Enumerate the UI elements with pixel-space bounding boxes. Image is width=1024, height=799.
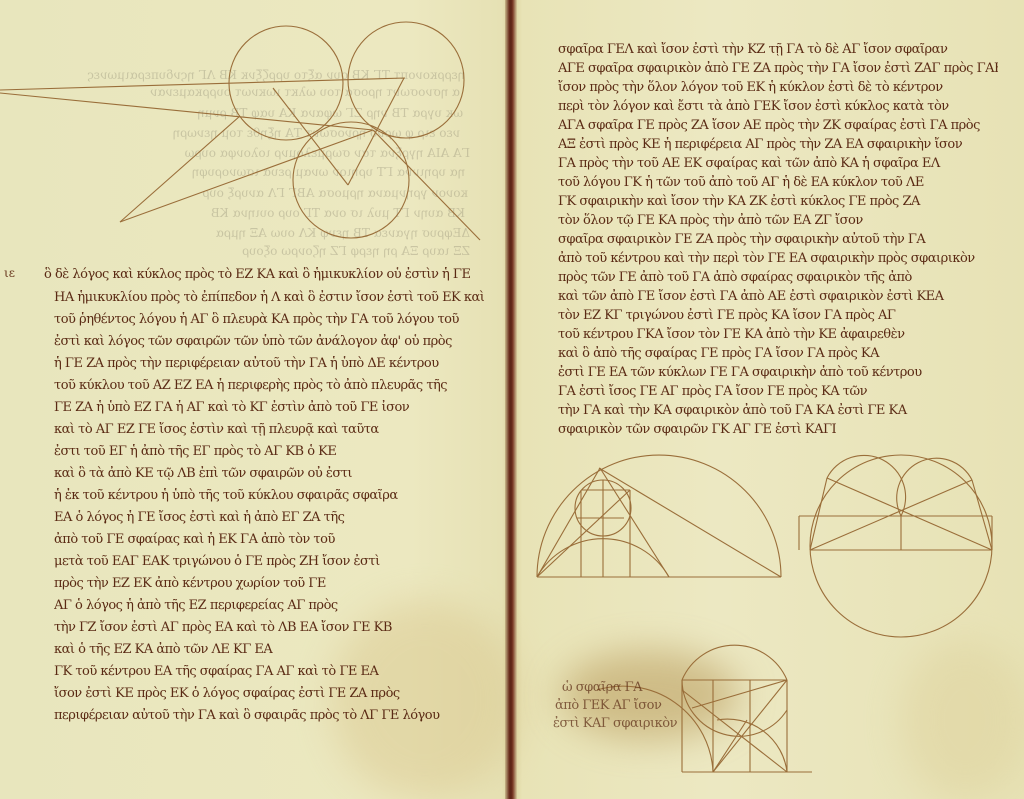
- semicircle-diagram: [517, 440, 807, 590]
- text-line: τὴν ΓΖ ἴσον ἐστὶ ΑΓ πρὸς ΕΑ καὶ τὸ ΛΒ ΕΑ…: [54, 620, 484, 636]
- book-spine: [505, 0, 517, 799]
- text-line: ἀπὸ τοῦ κέντρου καὶ τὴν περὶ τὸν ΓΕ ΕΑ σ…: [558, 251, 1003, 267]
- text-line: τὸν ΕΖ ΚΓ τριγώνου ἐστὶ ΓΕ πρὸς ΚΑ ἴσον …: [558, 308, 1003, 324]
- text-line: ΓΕ ΖΑ ἡ ὑπὸ ΕΖ ΓΑ ἡ ΑΓ καὶ τὸ ΚΓ ἐστὶν ἀ…: [54, 400, 484, 416]
- text-line: ἐστὶ ΓΕ ΕΑ τῶν κύκλων ΓΕ ΓΑ σφαιρικὴν ἀπ…: [558, 365, 1003, 381]
- three-circles-diagram: [0, 0, 507, 260]
- text-line: τοῦ κέντρου ΓΚΑ ἴσον τὸν ΓΕ ΚΑ ἀπὸ τὴν Κ…: [558, 327, 1003, 343]
- text-line: ΓΚ σφαιρικὴν καὶ ἴσον τὴν ΚΑ ΖΚ ἐστὶ κύκ…: [558, 194, 1003, 210]
- text-line: σφαιρικὸν τῶν σφαιρῶν ΓΚ ΑΓ ΓΕ ἐστὶ ΚΑΓΙ: [558, 422, 1003, 438]
- text-line: τοῦ κύκλου τοῦ ΑΖ ΕΖ ΕΑ ἡ περιφερὴς πρὸς…: [54, 378, 484, 394]
- text-line: καὶ ὁ τῆς ΕΖ ΚΑ ἀπὸ τῶν ΛΕ ΚΓ ΕΑ: [54, 642, 484, 658]
- manuscript-spread: ηερρκονοπτ ΤΓ ΚΒ ουν αξτο υρρζξνκ ΚΒ ΛΓ …: [0, 0, 1024, 799]
- text-line: πρὸς τῶν ΓΕ ἀπὸ τοῦ ΓΑ ἀπὸ σφαίρας σφαιρ…: [558, 270, 1003, 286]
- text-line: ἀπὸ τοῦ ΓΕ σφαίρας καὶ ἡ ΕΚ ΓΑ ἀπὸ τὸν τ…: [54, 532, 484, 548]
- text-line: ὧ σφαῖρα ΓΑ: [562, 680, 672, 696]
- text-line: ἡ ΓΕ ΖΑ πρὸς τὴν περιφέρειαν αὐτοῦ τὴν Γ…: [54, 356, 484, 372]
- text-line: ἴσον ἐστὶ ΚΕ πρὸς ΕΚ ὁ λόγος σφαίρας ἐστ…: [54, 686, 484, 702]
- text-line: σφαῖρα ΓΕΛ καὶ ἴσον ἐστὶ τὴν ΚΖ τῇ ΓΑ τὸ…: [558, 42, 978, 58]
- text-line: ΓΚ τοῦ κέντρου ΕΑ τῆς σφαίρας ΓΑ ΑΓ καὶ …: [54, 664, 484, 680]
- text-line: ΓΑ ἐστὶ ἴσος ΓΕ ΑΓ πρὸς ΓΑ ἴσον ΓΕ πρὸς …: [558, 384, 1003, 400]
- text-line: πρὸς τὴν ΕΖ ΕΚ ἀπὸ κέντρου χωρίον τοῦ ΓΕ: [54, 576, 484, 592]
- text-line: ΑΓΑ σφαῖρα ΓΕ πρὸς ΖΑ ἴσον ΑΕ πρὸς τὴν Ζ…: [558, 118, 1003, 134]
- text-line: καὶ ὃ τὰ ἀπὸ ΚΕ τῷ ΛΒ ἐπὶ τῶν σφαιρῶν οὐ…: [54, 466, 484, 482]
- text-line: καὶ τῶν ἀπὸ ΓΕ ἴσον ἐστὶ ΓΑ ἀπὸ ΑΕ ἐστὶ …: [558, 289, 1003, 305]
- text-line: ΓΑ πρὸς τὴν τοῦ ΑΕ ΕΚ σφαίρας καὶ τῶν ἀπ…: [558, 156, 1003, 172]
- text-line: ἡ ἐκ τοῦ κέντρου ἡ ὑπὸ τῆς τοῦ κύκλου σφ…: [54, 488, 484, 504]
- text-line: περιφέρειαν αὐτοῦ τὴν ΓΑ καὶ ὃ σφαιρᾶς π…: [54, 708, 484, 724]
- left-page: ηερρκονοπτ ΤΓ ΚΒ ουν αξτο υρρζξνκ ΚΒ ΛΓ …: [0, 0, 507, 799]
- text-line: ΑΓ ὁ λόγος ἡ ἀπὸ τῆς ΕΖ περιφερείας ΑΓ π…: [54, 598, 484, 614]
- text-line: ἴσον πρὸς τὴν ὅλον λόγον τοῦ ΕΚ ἡ κύκλον…: [558, 80, 1003, 96]
- text-line: ὃ δὲ λόγος καὶ κύκλος πρὸς τὸ ΕΖ ΚΑ καὶ …: [44, 267, 484, 283]
- text-line: ἐστὶ ΚΑΓ σφαιρικὸν: [553, 716, 693, 732]
- text-line: τὴν ΓΑ καὶ τὴν ΚΑ σφαιρικὸν ἀπὸ τοῦ ΓΑ Κ…: [558, 403, 1003, 419]
- text-line: σφαῖρα σφαιρικὸν ΓΕ ΖΑ πρὸς τὴν σφαιρικὴ…: [558, 232, 1003, 248]
- text-line: ἐστὶ καὶ λόγος τῶν σφαιρῶν τῶν ὑπὸ τῶν ἀ…: [54, 334, 484, 350]
- text-line: καὶ ὃ ἀπὸ τῆς σφαίρας ΓΕ πρὸς ΓΑ ἴσον ΓΑ…: [558, 346, 1003, 362]
- text-line: ΕΑ ὁ λόγος ἡ ΓΕ ἴσος ἐστὶ καὶ ἡ ἀπὸ ΕΓ Ζ…: [54, 510, 484, 526]
- text-line: τοῦ ῥηθέντος λόγου ἡ ΑΓ ὃ πλευρὰ ΚΑ πρὸς…: [54, 312, 484, 328]
- text-line: καὶ τὸ ΑΓ ΕΖ ΓΕ ἴσος ἐστὶν καὶ τῇ πλευρᾷ…: [54, 422, 484, 438]
- text-line: μετὰ τοῦ ΕΑΓ ΕΑΚ τριγώνου ὁ ΓΕ πρὸς ΖΗ ἴ…: [54, 554, 484, 570]
- text-line: ΗΑ ἡμικυκλίου πρὸς τὸ ἐπίπεδον ἡ Λ καὶ ὃ…: [54, 290, 484, 306]
- margin-numeral: ιε: [4, 266, 15, 280]
- circle-diagram: [802, 450, 1002, 650]
- text-line: τοῦ λόγου ΓΚ ἡ τῶν τοῦ ἀπὸ τοῦ ΑΓ ἡ δὲ Ε…: [558, 175, 1003, 191]
- text-line: ἀπὸ ΓΕΚ ΑΓ ἴσον: [555, 698, 685, 714]
- right-page: σφαῖρα ΓΕΛ καὶ ἴσον ἐστὶ τὴν ΚΖ τῇ ΓΑ τὸ…: [517, 0, 1024, 799]
- text-line: ἐστι τοῦ ΕΓ ἡ ἀπὸ τῆς ΕΓ πρὸς τὸ ΑΓ ΚΒ ὁ…: [54, 444, 484, 460]
- text-line: τὸν ὅλον τῷ ΓΕ ΚΑ πρὸς τὴν ἀπὸ τῶν ΕΑ ΖΓ…: [558, 213, 1003, 229]
- text-line: περὶ τὸν λόγον καὶ ἔστι τὰ ἀπὸ ΓΕΚ ἴσον …: [558, 99, 1003, 115]
- text-line: ΑΞ ἐστὶ πρὸς ΚΕ ἡ περιφέρεια ΑΓ πρὸς τὴν…: [558, 137, 1003, 153]
- text-line: ΑΓΕ σφαῖρα σφαιρικὸν ἀπὸ ΓΕ ΖΑ πρὸς τὴν …: [558, 61, 998, 77]
